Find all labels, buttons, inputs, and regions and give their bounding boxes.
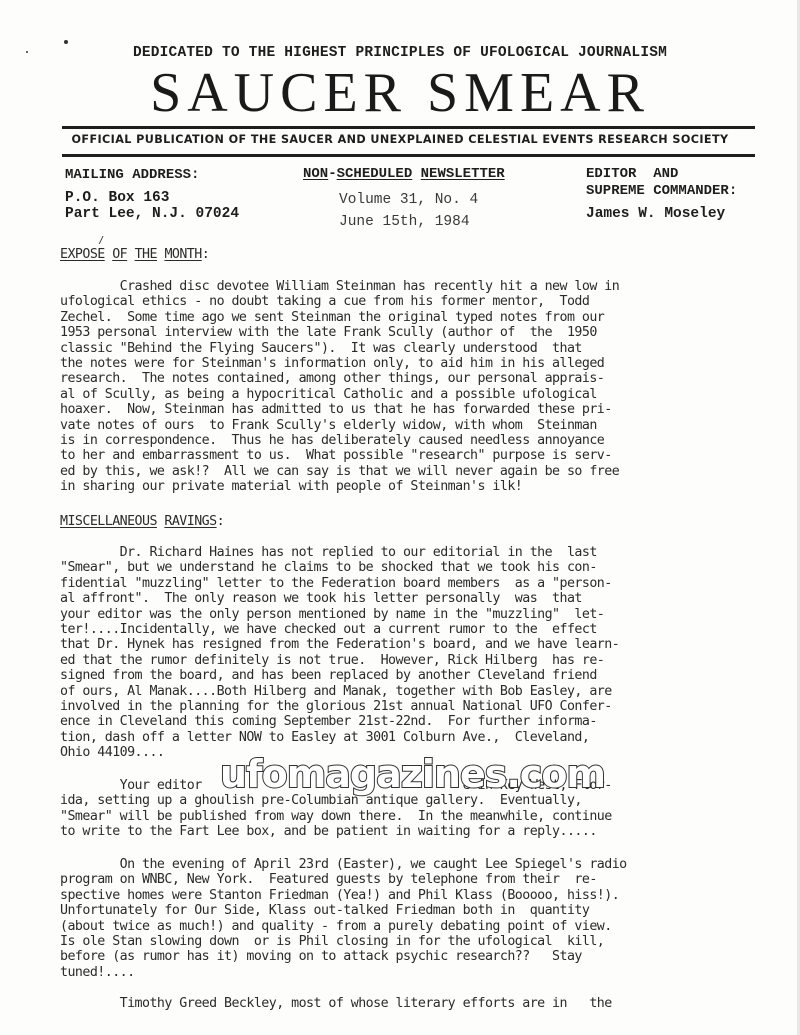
newsletter-label-word: NEWSLETTER — [421, 166, 505, 182]
heading-colon: : — [202, 247, 209, 262]
newsletter-label: NON-SCHEDULED NEWSLETTER — [303, 166, 505, 183]
editor-label-2: SUPREME COMMANDER: — [586, 183, 737, 200]
heading-word: MISCELLANEOUS — [60, 514, 157, 529]
masthead-title: SAUCER SMEAR — [0, 62, 800, 124]
section-heading-expose: EXPOSE OF THE MONTH: — [60, 247, 209, 262]
heading-colon: : — [217, 514, 224, 529]
volume-number: Volume 31, No. 4 — [339, 189, 505, 211]
paragraph-radio: On the evening of April 23rd (Easter), w… — [60, 857, 780, 980]
dedication-line: DEDICATED TO THE HIGHEST PRINCIPLES OF U… — [0, 45, 800, 61]
masthead-rule-top — [62, 126, 755, 129]
heading-word: RAVINGS — [164, 514, 216, 529]
editor-label-1: EDITOR AND — [586, 166, 737, 183]
paragraph-expose: Crashed disc devotee William Steinman ha… — [60, 279, 780, 495]
heading-word: MONTH — [164, 247, 201, 262]
editor-block: EDITOR AND SUPREME COMMANDER: James W. M… — [586, 166, 737, 222]
section-heading-misc: MISCELLANEOUS RAVINGS: — [60, 514, 224, 529]
address-line-2: Part Lee, N.J. 07024 — [65, 206, 239, 222]
issue-date: June 15th, 1984 — [339, 211, 505, 233]
paragraph-haines: Dr. Richard Haines has not replied to ou… — [60, 545, 780, 761]
address-line-1: P.O. Box 163 — [65, 190, 239, 206]
heading-word: OF — [112, 247, 127, 262]
mailing-address-label: MAILING ADDRESS: — [65, 167, 239, 184]
paragraph-beckley: Timothy Greed Beckley, most of whose lit… — [60, 996, 780, 1011]
masthead-rule-bottom — [62, 154, 755, 157]
mailing-address-block: MAILING ADDRESS: P.O. Box 163 Part Lee, … — [65, 167, 239, 222]
watermark-text: ufomagazines.com — [220, 752, 580, 796]
newsletter-info-block: NON-SCHEDULED NEWSLETTER Volume 31, No. … — [303, 166, 505, 233]
official-publication-line: OFFICIAL PUBLICATION OF THE SAUCER AND U… — [0, 133, 800, 146]
editor-name: James W. Moseley — [586, 206, 737, 222]
heading-word: THE — [135, 247, 157, 262]
newsletter-label-dash: - — [328, 166, 336, 182]
newsletter-label-word: SCHEDULED — [337, 166, 413, 182]
newsletter-label-word: NON — [303, 166, 328, 182]
heading-word: EXPOSE — [60, 247, 105, 262]
scan-speck — [64, 40, 68, 44]
